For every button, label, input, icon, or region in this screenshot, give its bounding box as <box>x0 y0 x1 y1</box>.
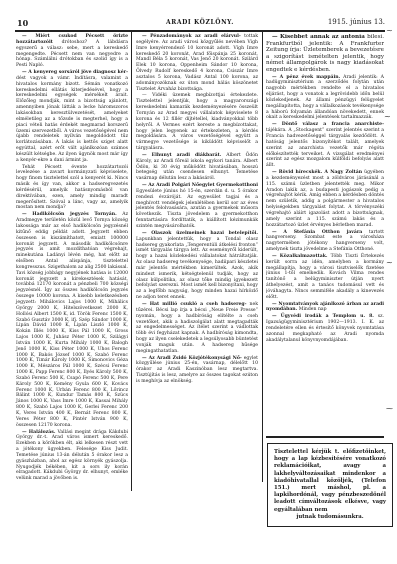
article-lead: — Döntő válasz a francia anarchiste- <box>272 122 384 127</box>
notice-text: Tisztelettel kérjük t. előfizetőinket, h… <box>274 449 386 513</box>
article-lead: — Ügyvédi irodák a Templom u. 8. <box>272 314 374 319</box>
article-lead: — A kenyereg sorsáról jöve diagnosz kér- <box>22 70 128 75</box>
article-text: bilesi. Frankfurtból jelentik: A Frankfu… <box>266 34 384 73</box>
article-lead: — Pénzadományok az aradi elárvul- <box>142 34 241 39</box>
article-text: — Vidéki üzemek megbízottjai értekezlete… <box>136 93 258 151</box>
article: — A kenyereg sorsáról jöve diagnosz kér-… <box>16 70 128 164</box>
article: — Vidéki üzemek megbízottjai értekezlete… <box>136 93 258 151</box>
article-text: Tehát Pécsett évente hozzátartozói level… <box>16 165 128 211</box>
article-text: Lapunkban jelentettük, hogy a Tondal ola… <box>136 237 258 300</box>
article-text: Vallási megint drága Kákdubi György dr.-… <box>16 430 128 482</box>
article-text: Minden nap <box>299 307 327 312</box>
article-text: Az Aradmegye területén közül levő Tornya… <box>16 212 128 427</box>
article-lead: — Rövid hírecskék. A Nagy Zoltán <box>272 170 362 175</box>
margin-mark: ~ <box>386 258 393 267</box>
article-lead: — A Stefánia Otthon javára <box>272 230 362 235</box>
article-text: Egyesülete június hó 15-én, szerdán d. u… <box>136 189 258 229</box>
notice-last-line: jutnak tudomásunkra. <box>274 514 386 521</box>
article: — Hat millió csukló a cseh hadsereg- nek… <box>136 302 258 355</box>
article-lead: — Hat millió csukló a cseh hadsereg- <box>142 302 247 307</box>
article: — Kisebbet annak az antonia bilesi. Fran… <box>266 34 384 74</box>
issue-date: 1915. június 13. <box>328 18 385 26</box>
article-text: tájékára. A „Stockagent” szerint jelenté… <box>266 128 384 168</box>
article: — Ügyvédi irodák a Templom u. 8. sz. Iga… <box>266 314 384 343</box>
column-divider <box>262 32 263 482</box>
subscriber-notice-box: Tisztelettel kérjük t. előfizetőinket, h… <box>267 443 393 527</box>
article-text: tottak segélyére. Az aradi városi közgyű… <box>136 34 258 92</box>
section-rule <box>266 436 384 438</box>
article-lead: — Elhunyt aradi diákbarát. <box>142 153 221 158</box>
article: — Döntő válasz a francia anarchiste- táj… <box>266 122 384 169</box>
article: — Elhunyt aradi diákbarát. Albert Ödön K… <box>136 153 258 182</box>
article: — Olaszok üzelmeinek hazai betelepítői. … <box>136 231 258 301</box>
column-divider <box>131 32 132 491</box>
article: — A Stefánia Otthon javára tartott hangv… <box>266 230 384 253</box>
article-text: nek tűzérei. Bécsi lap írja a bécsi „Neu… <box>136 302 258 354</box>
header-rule <box>15 30 385 32</box>
column-2: — Pénzadományok az aradi elárvul- tottak… <box>136 34 258 386</box>
article: — Pénzadományok az aradi elárvul- tottak… <box>136 34 258 92</box>
article-text: Több Tiszti Értekezés került sorra az id… <box>266 254 384 300</box>
article-text: dést vagyok a vámr. Indításra, valamint … <box>16 76 128 163</box>
article: — Közalkalmazottak. Több Tiszti Értekezé… <box>266 254 384 301</box>
article-lead: — Közalkalmazottak. <box>272 254 328 259</box>
page-header: 10 ARADI KÖZLÖNY. 1915. június 13. <box>15 18 385 30</box>
article-lead: — Olaszok üzelmeinek hazai betelepítői. <box>142 231 258 236</box>
article-lead: — Az Aradi Polgári Nőegylet Gyermekottho… <box>142 183 258 188</box>
article: — Halálozás. Vallási megint drága Kákdub… <box>16 430 128 483</box>
margin-mark: ⁓ <box>386 405 393 413</box>
article: — Nyomtatványok ajánlkozó árban az aradi… <box>266 302 384 314</box>
article-lead: — A pénz évek mappáin. <box>272 75 340 80</box>
article: — A pénz évek mappáin. Aradi jelentik: A… <box>266 75 384 122</box>
article: — Az Aradi Polgári Nőegylet Gyermekottho… <box>136 183 258 230</box>
column-1: — Miért csukod Pécsett örizte hozzátarto… <box>16 34 128 483</box>
column-3: — Kisebbet annak az antonia bilesi. Fran… <box>266 34 384 434</box>
margin-mark: ~ <box>386 26 393 35</box>
article: — Hadikölcsön jegyzés Tornyán. Az Aradme… <box>16 212 128 428</box>
margin-mark: ~ <box>384 112 391 121</box>
article-lead: — Kisebbet annak az antonia <box>272 34 365 40</box>
article: — Miért csukod Pécsett örizte hozzátarto… <box>16 34 128 69</box>
article-text: Aradi jelentik: A hadügyminisztérium a s… <box>266 75 384 121</box>
article: — Rövid hírecskék. A Nagy Zoltán ügyében… <box>266 170 384 228</box>
article-lead: — Az Aradi Zsidó Közjótékonysági Nő- <box>142 356 242 361</box>
article-text: ügyében a kezdeményezést most a zöldváro… <box>266 170 384 228</box>
article: Tehát Pécsett évente hozzátartozói level… <box>16 165 128 212</box>
article-lead: — Halálozás. <box>22 430 55 435</box>
article-lead: — Hadikölcsön jegyzés Tornyán. <box>22 212 117 217</box>
article: — Az Aradi Zsidó Közjótékonysági Nő- egy… <box>136 356 258 385</box>
